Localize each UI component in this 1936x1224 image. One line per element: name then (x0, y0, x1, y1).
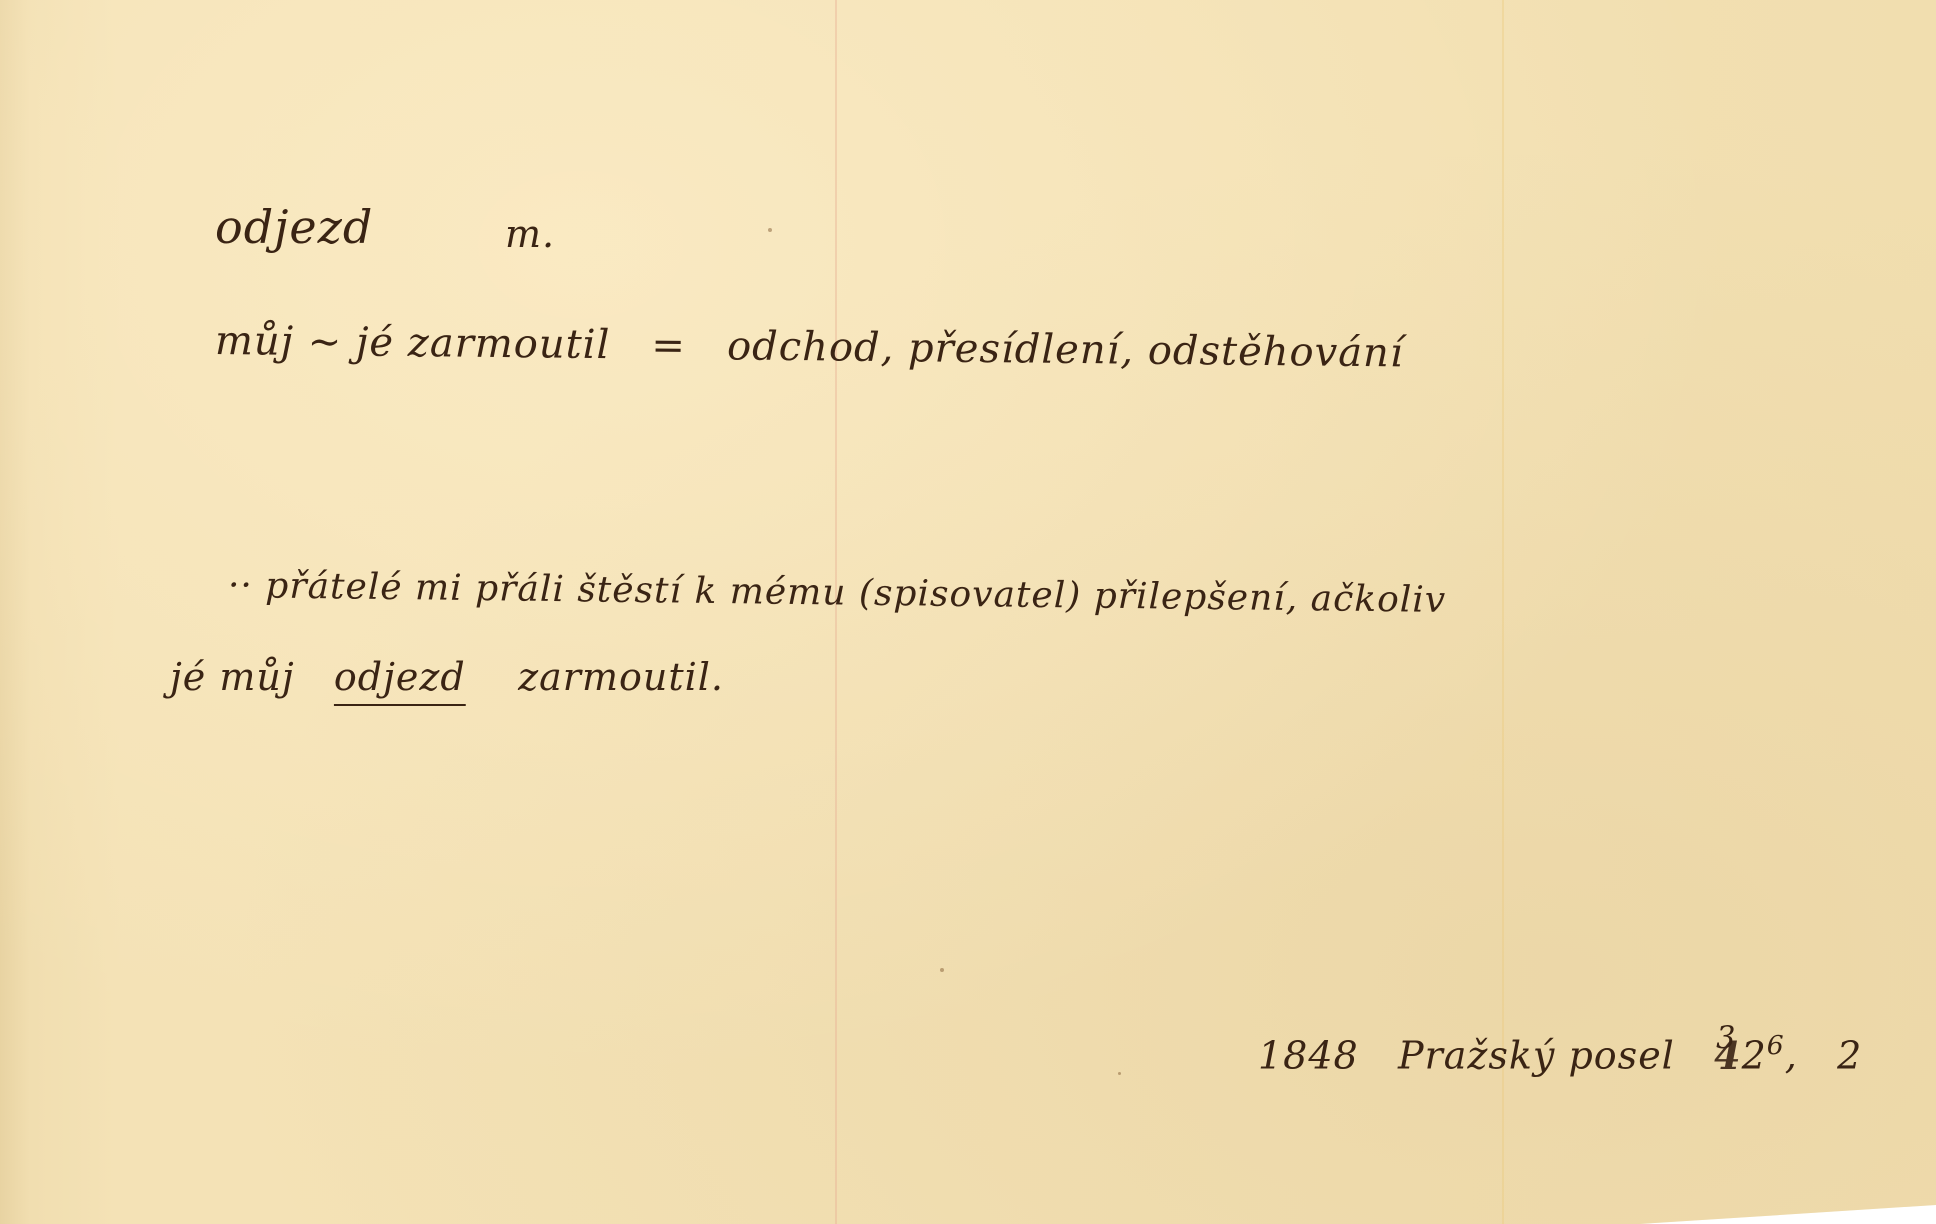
quotation-text: zarmoutil. (518, 655, 724, 699)
headword: odjezd (215, 200, 373, 254)
paper-speck (1118, 1072, 1121, 1075)
page-number-rest: 2 (1742, 1034, 1767, 1078)
usage-phrase: můj ~ jé zarmoutil (215, 318, 611, 368)
page-superscript: 6 (1767, 1030, 1785, 1061)
source-citation: 1848 Pražský posel 4 3 26, 2 (1258, 1030, 1862, 1078)
quotation-line-1: ·· přátelé mi přáli štěstí k mému (spiso… (228, 565, 1447, 621)
citation-separator: , (1785, 1034, 1798, 1078)
source-year: 1848 (1258, 1034, 1359, 1078)
synonyms: odchod, přesídlení, odstěhování (727, 323, 1404, 376)
paper-speck (940, 968, 944, 972)
quotation-text: jé můj (170, 655, 295, 699)
correction-digit: 3 (1716, 1021, 1736, 1056)
grammatical-gender: m. (505, 212, 555, 256)
column-number: 2 (1837, 1034, 1862, 1078)
paper-slip: odjezd m. můj ~ jé zarmoutil = odchod, p… (0, 0, 1936, 1224)
quotation-line-2: jé můj odjezd zarmoutil. (170, 655, 724, 699)
quoted-keyword: odjezd (334, 655, 466, 699)
equals-sign: = (651, 323, 686, 369)
corrected-digit: 4 3 (1714, 1033, 1741, 1078)
source-title: Pražský posel (1398, 1034, 1675, 1078)
definition-line: můj ~ jé zarmoutil = odchod, přesídlení,… (215, 318, 1404, 376)
paper-speck (768, 228, 772, 232)
